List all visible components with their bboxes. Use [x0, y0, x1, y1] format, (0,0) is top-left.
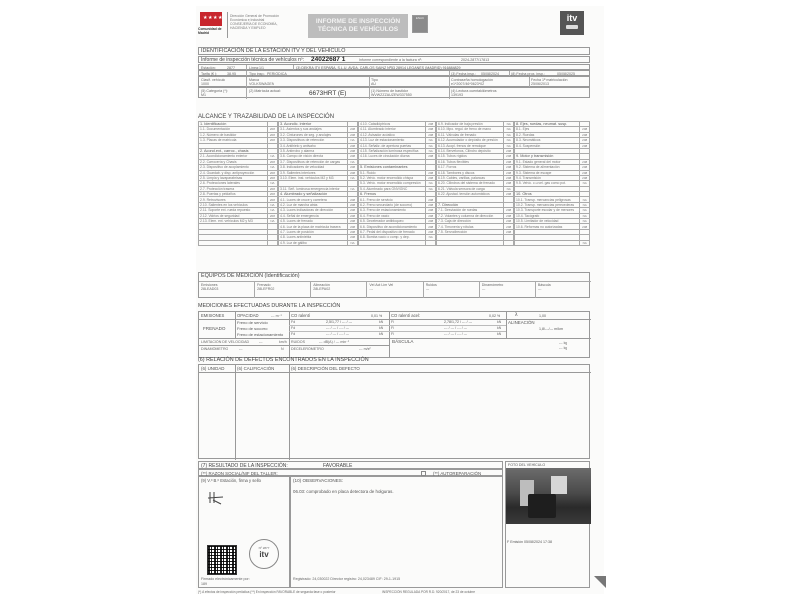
equipment-item: Dinamómetro--- — [480, 282, 536, 298]
page-fold-icon — [594, 576, 606, 588]
co-idle-value: 0,01 % — [371, 314, 382, 318]
equipment-item: Ruidos--- — [424, 282, 480, 298]
service-brake-fd: 2,5/1,77 / --- / --- — [326, 320, 352, 324]
scope-item: NA — [515, 240, 590, 245]
itv-seal-icon: Nº 2877 itv — [249, 539, 279, 569]
photo-box: FOTO DEL VEHÍCULO F Emisión 05/08/2024 1… — [505, 461, 590, 588]
report-number-row: Informe de inspección técnica de vehícul… — [198, 56, 590, 63]
identification-title: IDENTIFICACIÓN DE LA ESTACIÓN ITV Y DEL … — [198, 47, 590, 55]
org-name: Comunidad de Madrid — [198, 28, 222, 35]
scope-item — [437, 240, 514, 245]
scope-column-4: 6.9. Indicador de baja presiónNA6.10. Mp… — [436, 121, 514, 246]
equipment-section: EQUIPOS DE MEDICIÓN (Identificación) Emi… — [198, 272, 590, 298]
observations-text: 06.03: comprobado en placa detectora de … — [293, 489, 394, 494]
odometer-reading: 139193 — [451, 93, 463, 97]
equipment-title: EQUIPOS DE MEDICIÓN (Identificación) — [201, 273, 300, 280]
equipment-item: Frenado28LEFR02 — [255, 282, 311, 298]
equipment-item: Báscula--- — [536, 282, 591, 298]
car-silhouette-icon — [528, 494, 556, 518]
report-number: 24022687 1 — [311, 56, 345, 64]
scope-column-3: 4.10. Catadióptricos2084.11. Alumbrado i… — [358, 121, 436, 246]
result-row: (7) RESULTADO DE LA INSPECCIÓN: FAVORABL… — [198, 461, 503, 469]
directorate-text: Dirección General de Promoción Económica… — [230, 14, 279, 30]
service-brake-fi: 2,78/1,72 / --- / --- — [444, 320, 472, 324]
co-accel-value: 0,02 % — [489, 314, 500, 318]
equipment-item: Vel Act Lim Vel--- — [367, 282, 423, 298]
scope-column-5: 8. Ejes, ruedas, neumat. susp.8.1. Ejes2… — [514, 121, 590, 246]
scope-item — [199, 240, 278, 245]
report-title-banner: INFORME DE INSPECCIÓN TÉCNICA DE VEHÍCUL… — [308, 14, 408, 38]
vehicle-row: Clasif. vehículo 1000 Marca VOLKSWAGEN T… — [198, 76, 590, 87]
measurements-table: EMISIONES OPACIDAD --- m⁻¹ CO ralentí 0,… — [198, 311, 590, 358]
license-plate: 6673HRT (E) — [309, 90, 346, 97]
itv-logo-icon: itv — [560, 11, 584, 35]
vehicle-photo — [506, 468, 591, 524]
workshop-row: (**) RAZON SOCIAL/NIF DEL TALLER: (**) A… — [198, 469, 503, 476]
scope-grid: 1. Identificación1.1. Documentación2081.… — [198, 121, 590, 268]
inspection-report-page: ★★★★ Comunidad de Madrid Dirección Gener… — [196, 6, 604, 594]
plate-row: (5) Categoría (*): M1 (2) Matrícula actu… — [198, 87, 590, 98]
alignment-value: 1,8/---/--- m/km — [539, 327, 563, 331]
logo-divider — [227, 12, 228, 38]
scope-title: ALCANCE Y TRAZABILIDAD DE LA INSPECCIÓN — [198, 114, 334, 120]
signature-icon — [207, 491, 225, 505]
enac-badge-icon: ENAC — [412, 15, 428, 33]
qr-code-icon — [207, 545, 237, 575]
scope-item — [359, 240, 436, 245]
scope-column-2: 3. Acondic. interior3.1. Asientos y sus … — [278, 121, 358, 246]
measurements-title: MEDICIONES EFECTUADAS DURANTE LA INSPECC… — [198, 303, 340, 309]
defects-table: (6) UNIDAD (6) CALIFICACIÓN (6) DESCRIPC… — [198, 364, 590, 459]
equipment-item: Alineación28LEPA02 — [311, 282, 367, 298]
observations-box: (10) OBSERVACIONES: 06.03: comprobado en… — [290, 476, 503, 588]
vehicle-brand: VOLKSWAGEN — [249, 82, 274, 86]
scope-item: 4.9. Luz de gáliboNA — [279, 240, 358, 245]
self-repair-checkbox[interactable] — [421, 471, 426, 476]
scope-column-1: 1. Identificación1.1. Documentación2081.… — [198, 121, 278, 246]
defects-title: (6) RELACIÓN DE DEFECTOS ENCONTRADOS EN … — [198, 357, 369, 363]
car-icon — [566, 25, 578, 29]
emission-stamp: F Emisión 05/08/2024 17:38 — [507, 540, 552, 544]
invoice-number: 2024-2877/17813 — [461, 58, 489, 62]
comunidad-madrid-logo: ★★★★ — [200, 12, 222, 26]
vin-number: WVWZZZAUZEW337550 — [371, 93, 412, 97]
signature-box: (9) V.º B.º Estación, firma y sello Nº 2… — [198, 476, 290, 588]
lambda-value: 1,00 — [539, 314, 546, 318]
equipment-item: Emisiones28LEAD03 — [199, 282, 255, 298]
